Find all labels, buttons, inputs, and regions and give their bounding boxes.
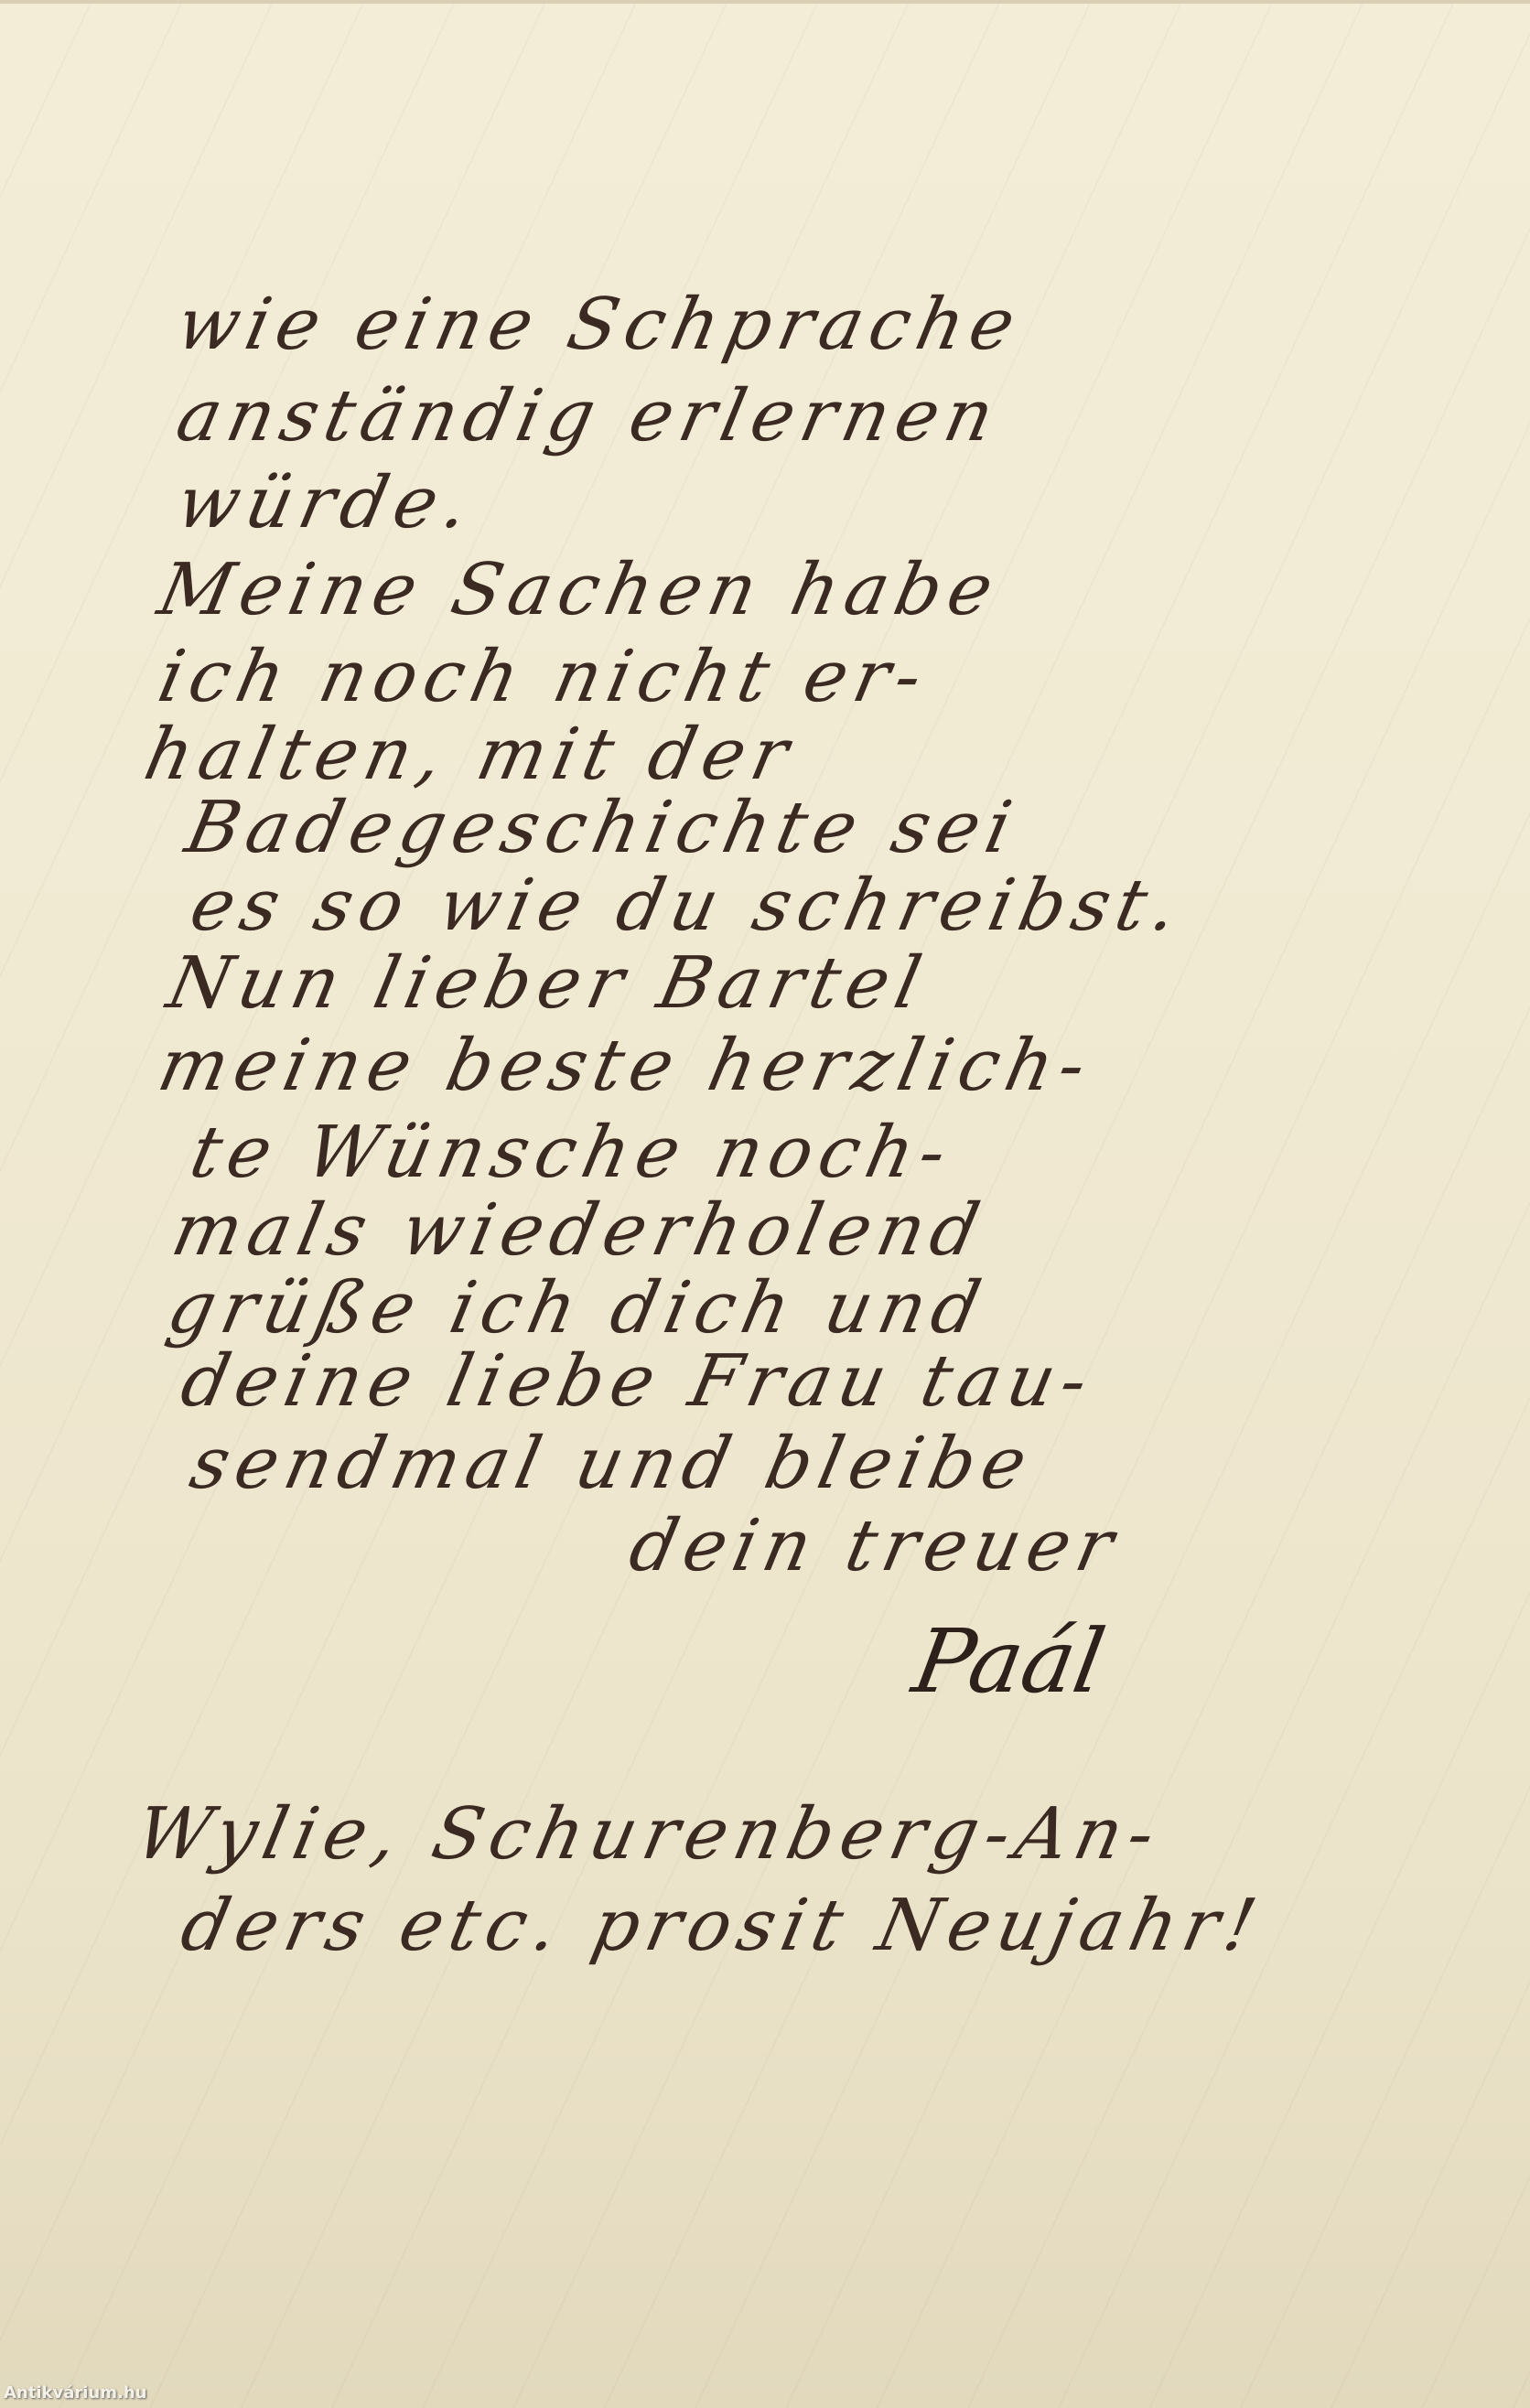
letter-line: Nun lieber Bartel — [160, 942, 934, 1025]
signature: Paál — [906, 1610, 1112, 1713]
letter-line: es so wie du schreibst. — [183, 865, 1191, 947]
letter-line: meine beste herzlich- — [151, 1025, 1100, 1107]
page-top-edge — [0, 0, 1530, 4]
letter-line: würde. — [169, 462, 482, 544]
letter-line: grüße ich dich und — [160, 1267, 994, 1349]
letter-line: anständig erlernen — [169, 375, 1007, 457]
letter-line: wie eine Schprache — [169, 284, 1029, 366]
letter-line: mals wiederholend — [165, 1189, 993, 1272]
letter-line: deine liebe Frau tau- — [174, 1340, 1102, 1423]
closing-line: dein treuer — [622, 1505, 1127, 1587]
letter-page: wie eine Schprache anständig erlernen wü… — [0, 0, 1530, 2408]
letter-line: Badegeschichte sei — [178, 787, 1025, 869]
letter-line: te Wünsche noch- — [183, 1112, 960, 1194]
watermark: Antikvárium.hu — [4, 2383, 146, 2403]
letter-line: halten, mit der — [137, 714, 803, 796]
letter-line: Meine Sachen habe — [151, 549, 1007, 631]
letter-line: ich noch nicht er- — [151, 636, 936, 718]
letter-line: sendmal und bleibe — [183, 1423, 1040, 1505]
postscript-line: ders etc. prosit Neujahr! — [174, 1885, 1270, 1967]
postscript-line: Wylie, Schurenberg-An- — [128, 1793, 1169, 1876]
